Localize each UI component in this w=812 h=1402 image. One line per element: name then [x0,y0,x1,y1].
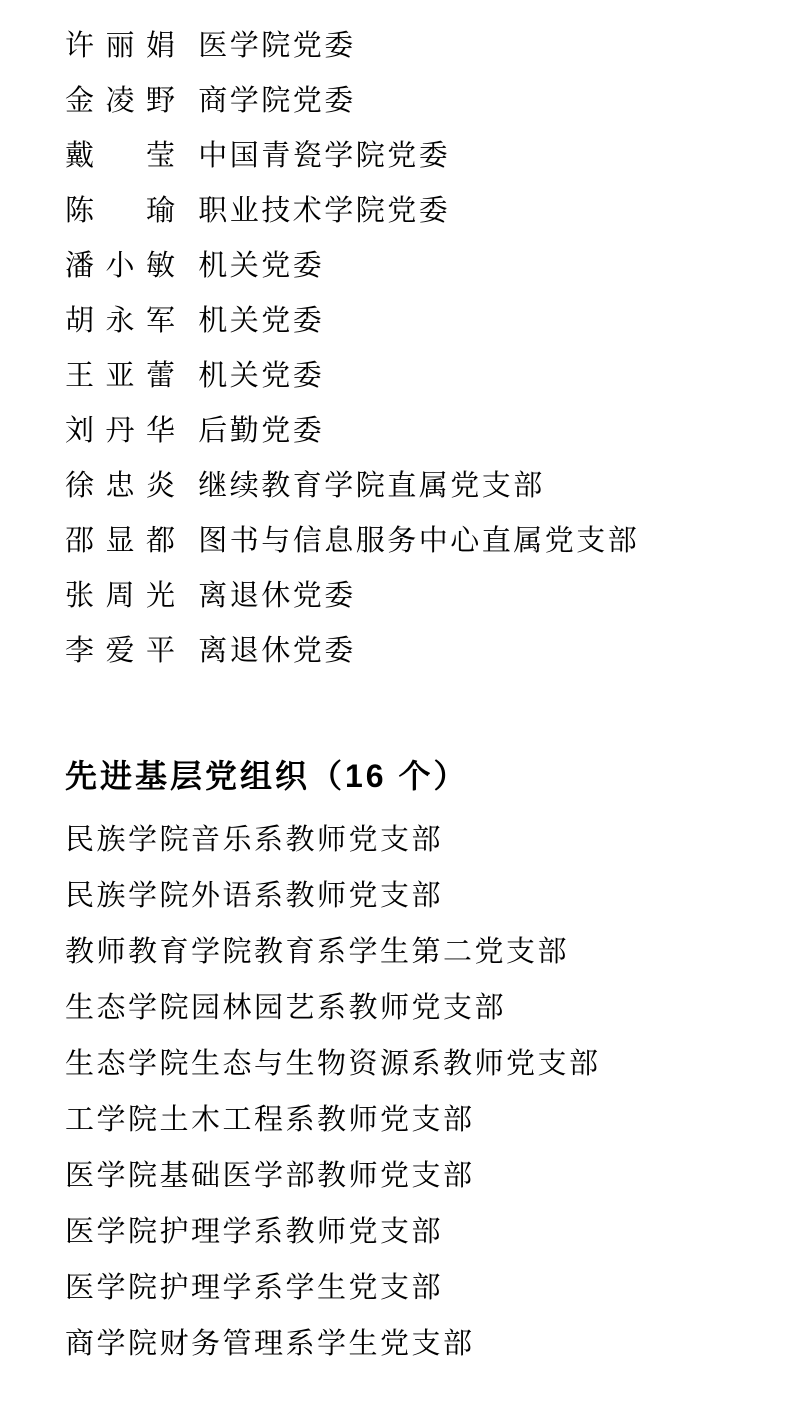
awardee-organization: 机关党委 [198,294,324,349]
organization-row: 医学院护理学系学生党支部 [65,1260,812,1316]
organization-row: 工学院土木工程系教师党支部 [65,1092,812,1148]
awardee-name: 李爱平 [65,624,175,679]
awardee-row: 胡永军 机关党委 [65,294,812,349]
awardee-organization: 商学院党委 [198,74,356,129]
awardee-organization: 机关党委 [198,239,324,294]
awardee-name: 陈 瑜 [65,184,175,239]
awardee-name: 戴 莹 [65,129,175,184]
section-heading: 先进基层党组织（16 个） [65,749,812,804]
awardee-row: 徐忠炎 继续教育学院直属党支部 [65,459,812,514]
awardee-organization: 后勤党委 [198,404,324,459]
document-page: 许丽娟 医学院党委 金凌野 商学院党委 戴 莹 中国青瓷学院党委 陈 瑜 职业技… [0,0,812,1402]
awardee-organization: 中国青瓷学院党委 [198,129,450,184]
awardee-row: 戴 莹 中国青瓷学院党委 [65,129,812,184]
awardee-row: 邵显都 图书与信息服务中心直属党支部 [65,514,812,569]
awardee-name: 徐忠炎 [65,459,175,514]
organization-row: 医学院基础医学部教师党支部 [65,1148,812,1204]
organization-row: 商学院财务管理系学生党支部 [65,1316,812,1372]
awardee-organization: 机关党委 [198,349,324,404]
organization-row: 教师教育学院教育系学生第二党支部 [65,924,812,980]
awardee-organization: 图书与信息服务中心直属党支部 [198,514,639,569]
awardee-row: 陈 瑜 职业技术学院党委 [65,184,812,239]
awardee-row: 许丽娟 医学院党委 [65,19,812,74]
awardee-row: 李爱平 离退休党委 [65,624,812,679]
organization-row: 民族学院音乐系教师党支部 [65,812,812,868]
awardee-name: 金凌野 [65,74,175,129]
awardee-name: 许丽娟 [65,19,175,74]
awardee-organization: 继续教育学院直属党支部 [198,459,545,514]
awardee-name: 张周光 [65,569,175,624]
organization-row: 医学院护理学系教师党支部 [65,1204,812,1260]
awardee-row: 王亚蕾 机关党委 [65,349,812,404]
awardee-list: 许丽娟 医学院党委 金凌野 商学院党委 戴 莹 中国青瓷学院党委 陈 瑜 职业技… [65,19,812,679]
awardee-row: 潘小敏 机关党委 [65,239,812,294]
awardee-organization: 离退休党委 [198,624,356,679]
document-content: 许丽娟 医学院党委 金凌野 商学院党委 戴 莹 中国青瓷学院党委 陈 瑜 职业技… [0,0,812,1372]
awardee-name: 潘小敏 [65,239,175,294]
awardee-name: 刘丹华 [65,404,175,459]
organization-list: 民族学院音乐系教师党支部 民族学院外语系教师党支部 教师教育学院教育系学生第二党… [65,812,812,1372]
awardee-name: 胡永军 [65,294,175,349]
awardee-name: 王亚蕾 [65,349,175,404]
awardee-organization: 职业技术学院党委 [198,184,450,239]
awardee-row: 张周光 离退休党委 [65,569,812,624]
awardee-organization: 医学院党委 [198,19,356,74]
awardee-organization: 离退休党委 [198,569,356,624]
awardee-name: 邵显都 [65,514,175,569]
organization-row: 生态学院生态与生物资源系教师党支部 [65,1036,812,1092]
awardee-row: 刘丹华 后勤党委 [65,404,812,459]
awardee-row: 金凌野 商学院党委 [65,74,812,129]
organization-row: 生态学院园林园艺系教师党支部 [65,980,812,1036]
organization-row: 民族学院外语系教师党支部 [65,868,812,924]
